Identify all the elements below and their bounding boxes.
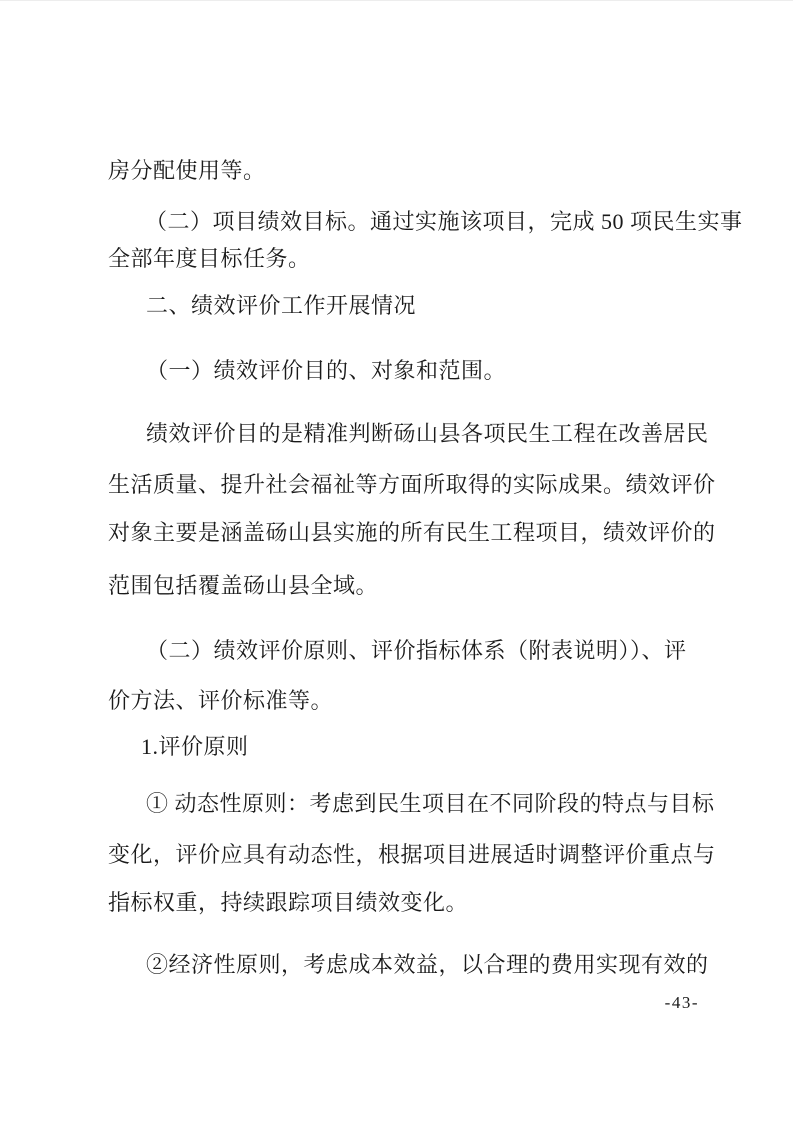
- document-page: 房分配使用等。（二）项目绩效目标。通过实施该项目，完成 50 项民生实事全部年度…: [0, 1, 793, 1122]
- paragraph-line: 变化，评价应具有动态性，根据项目进展适时调整评价重点与: [108, 841, 716, 868]
- subsection-heading: （二）绩效评价原则、评价指标体系（附表说明））、评: [146, 637, 687, 664]
- subsection-heading: （一）绩效评价目的、对象和范围。: [146, 357, 506, 384]
- paragraph-line: 生活质量、提升社会福祉等方面所取得的实际成果。绩效评价: [108, 471, 716, 498]
- paragraph-line: 房分配使用等。: [108, 157, 266, 184]
- paragraph-line: 指标权重，持续跟踪项目绩效变化。: [108, 889, 468, 916]
- paragraph-line: 对象主要是涵盖砀山县实施的所有民生工程项目，绩效评价的: [108, 519, 716, 546]
- list-heading: 1.评价原则: [141, 733, 249, 760]
- page-number: -43-: [665, 993, 699, 1013]
- paragraph-line: 全部年度目标任务。: [108, 245, 311, 272]
- paragraph-line: ②经济性原则，考虑成本效益，以合理的费用实现有效的: [146, 951, 709, 978]
- paragraph-line: 范围包括覆盖砀山县全域。: [108, 572, 378, 599]
- paragraph-line: 价方法、评价标准等。: [108, 687, 333, 714]
- section-heading: 二、绩效评价工作开展情况: [146, 292, 416, 319]
- paragraph-line: 绩效评价目的是精准判断砀山县各项民生工程在改善居民: [146, 420, 709, 447]
- paragraph-line: ① 动态性原则：考虑到民生项目在不同阶段的特点与目标: [146, 790, 715, 817]
- paragraph-line: （二）项目绩效目标。通过实施该项目，完成 50 项民生实事: [145, 208, 743, 235]
